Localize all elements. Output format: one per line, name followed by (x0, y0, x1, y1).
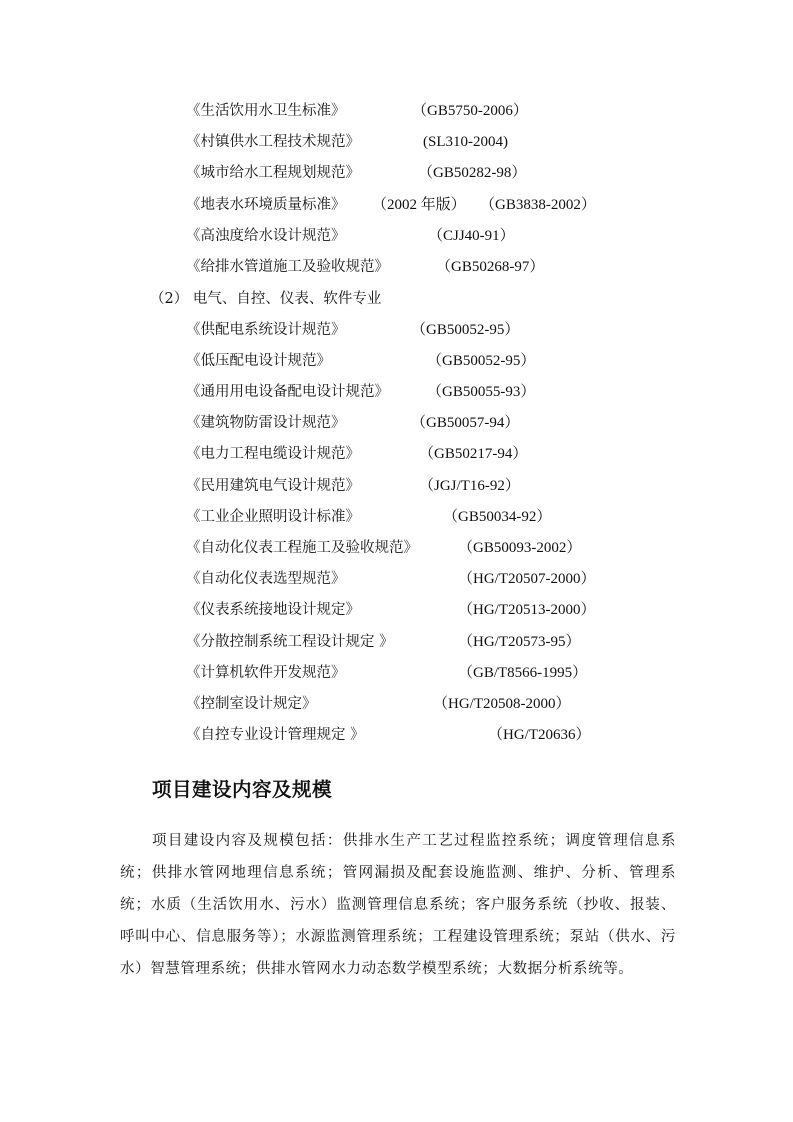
standard-code: （GB3838-2002） (480, 194, 596, 216)
standard-code: （HG/T20636） (488, 724, 591, 746)
standard-title: 《地表水环境质量标准》 (186, 194, 346, 216)
standard-code: （GB50052-95） (411, 319, 519, 341)
section-label: （2） 电气、自控、仪表、软件专业 (150, 288, 381, 310)
standard-code: （GB50282-98） (418, 162, 526, 184)
standard-code: （GB5750-2006） (412, 100, 528, 122)
standard-title: 《建筑物防雷设计规范》 (186, 412, 346, 434)
standard-code: （GB50057-94） (411, 412, 519, 434)
standard-title: 《分散控制系统工程设计规定 》 (186, 631, 394, 653)
standard-edition: （2002 年版） (372, 194, 466, 216)
standard-title: 《仪表系统接地设计规定》 (186, 599, 360, 621)
section-heading: 项目建设内容及规模 (152, 776, 332, 804)
standard-title: 《自动化仪表工程施工及验收规范》 (186, 537, 418, 559)
standard-code: （GB50217-94） (419, 443, 527, 465)
standard-code: （GB50034-92） (443, 506, 551, 528)
document-page: 《生活饮用水卫生标准》 （GB5750-2006） 《村镇供水工程技术规范》 (… (0, 0, 793, 1122)
standard-title: 《工业企业照明设计标准》 (186, 506, 360, 528)
standard-title: 《自控专业设计管理规定 》 (186, 724, 365, 746)
standard-title: 《村镇供水工程技术规范》 (186, 131, 360, 153)
standard-code: （GB50268-97） (436, 256, 544, 278)
standard-code: （GB/T8566-1995） (458, 662, 587, 684)
standard-title: 《电力工程电缆设计规范》 (186, 443, 360, 465)
standard-code: （GB50055-93） (427, 381, 535, 403)
body-paragraph: 项目建设内容及规模包括：供排水生产工艺过程监控系统；调度管理信息系统；供排水管网… (120, 825, 676, 985)
standard-code: （GB50052-95） (427, 350, 535, 372)
standard-code: （HG/T20513-2000） (458, 599, 596, 621)
standard-code: (SL310-2004) (423, 131, 508, 153)
standard-title: 《高浊度给水设计规范》 (186, 225, 346, 247)
standard-title: 《生活饮用水卫生标准》 (186, 100, 346, 122)
standard-title: 《计算机软件开发规范》 (186, 662, 346, 684)
standard-title: 《控制室设计规定》 (186, 693, 317, 715)
standard-code: （JGJ/T16-92） (419, 475, 520, 497)
standard-title: 《城市给水工程规划规范》 (186, 162, 360, 184)
standard-code: （HG/T20573-95） (458, 631, 581, 653)
standard-code: （CJJ40-91） (428, 225, 515, 247)
standard-code: （HG/T20508-2000） (433, 693, 571, 715)
standard-title: 《供配电系统设计规范》 (186, 319, 346, 341)
standard-code: （GB50093-2002） (458, 537, 581, 559)
standard-code: （HG/T20507-2000） (458, 568, 596, 590)
standard-title: 《自动化仪表选型规范》 (186, 568, 346, 590)
standard-title: 《通用用电设备配电设计规范》 (186, 381, 389, 403)
standard-title: 《低压配电设计规范》 (186, 350, 331, 372)
standard-title: 《给排水管道施工及验收规范》 (186, 256, 389, 278)
standard-title: 《民用建筑电气设计规范》 (186, 475, 360, 497)
